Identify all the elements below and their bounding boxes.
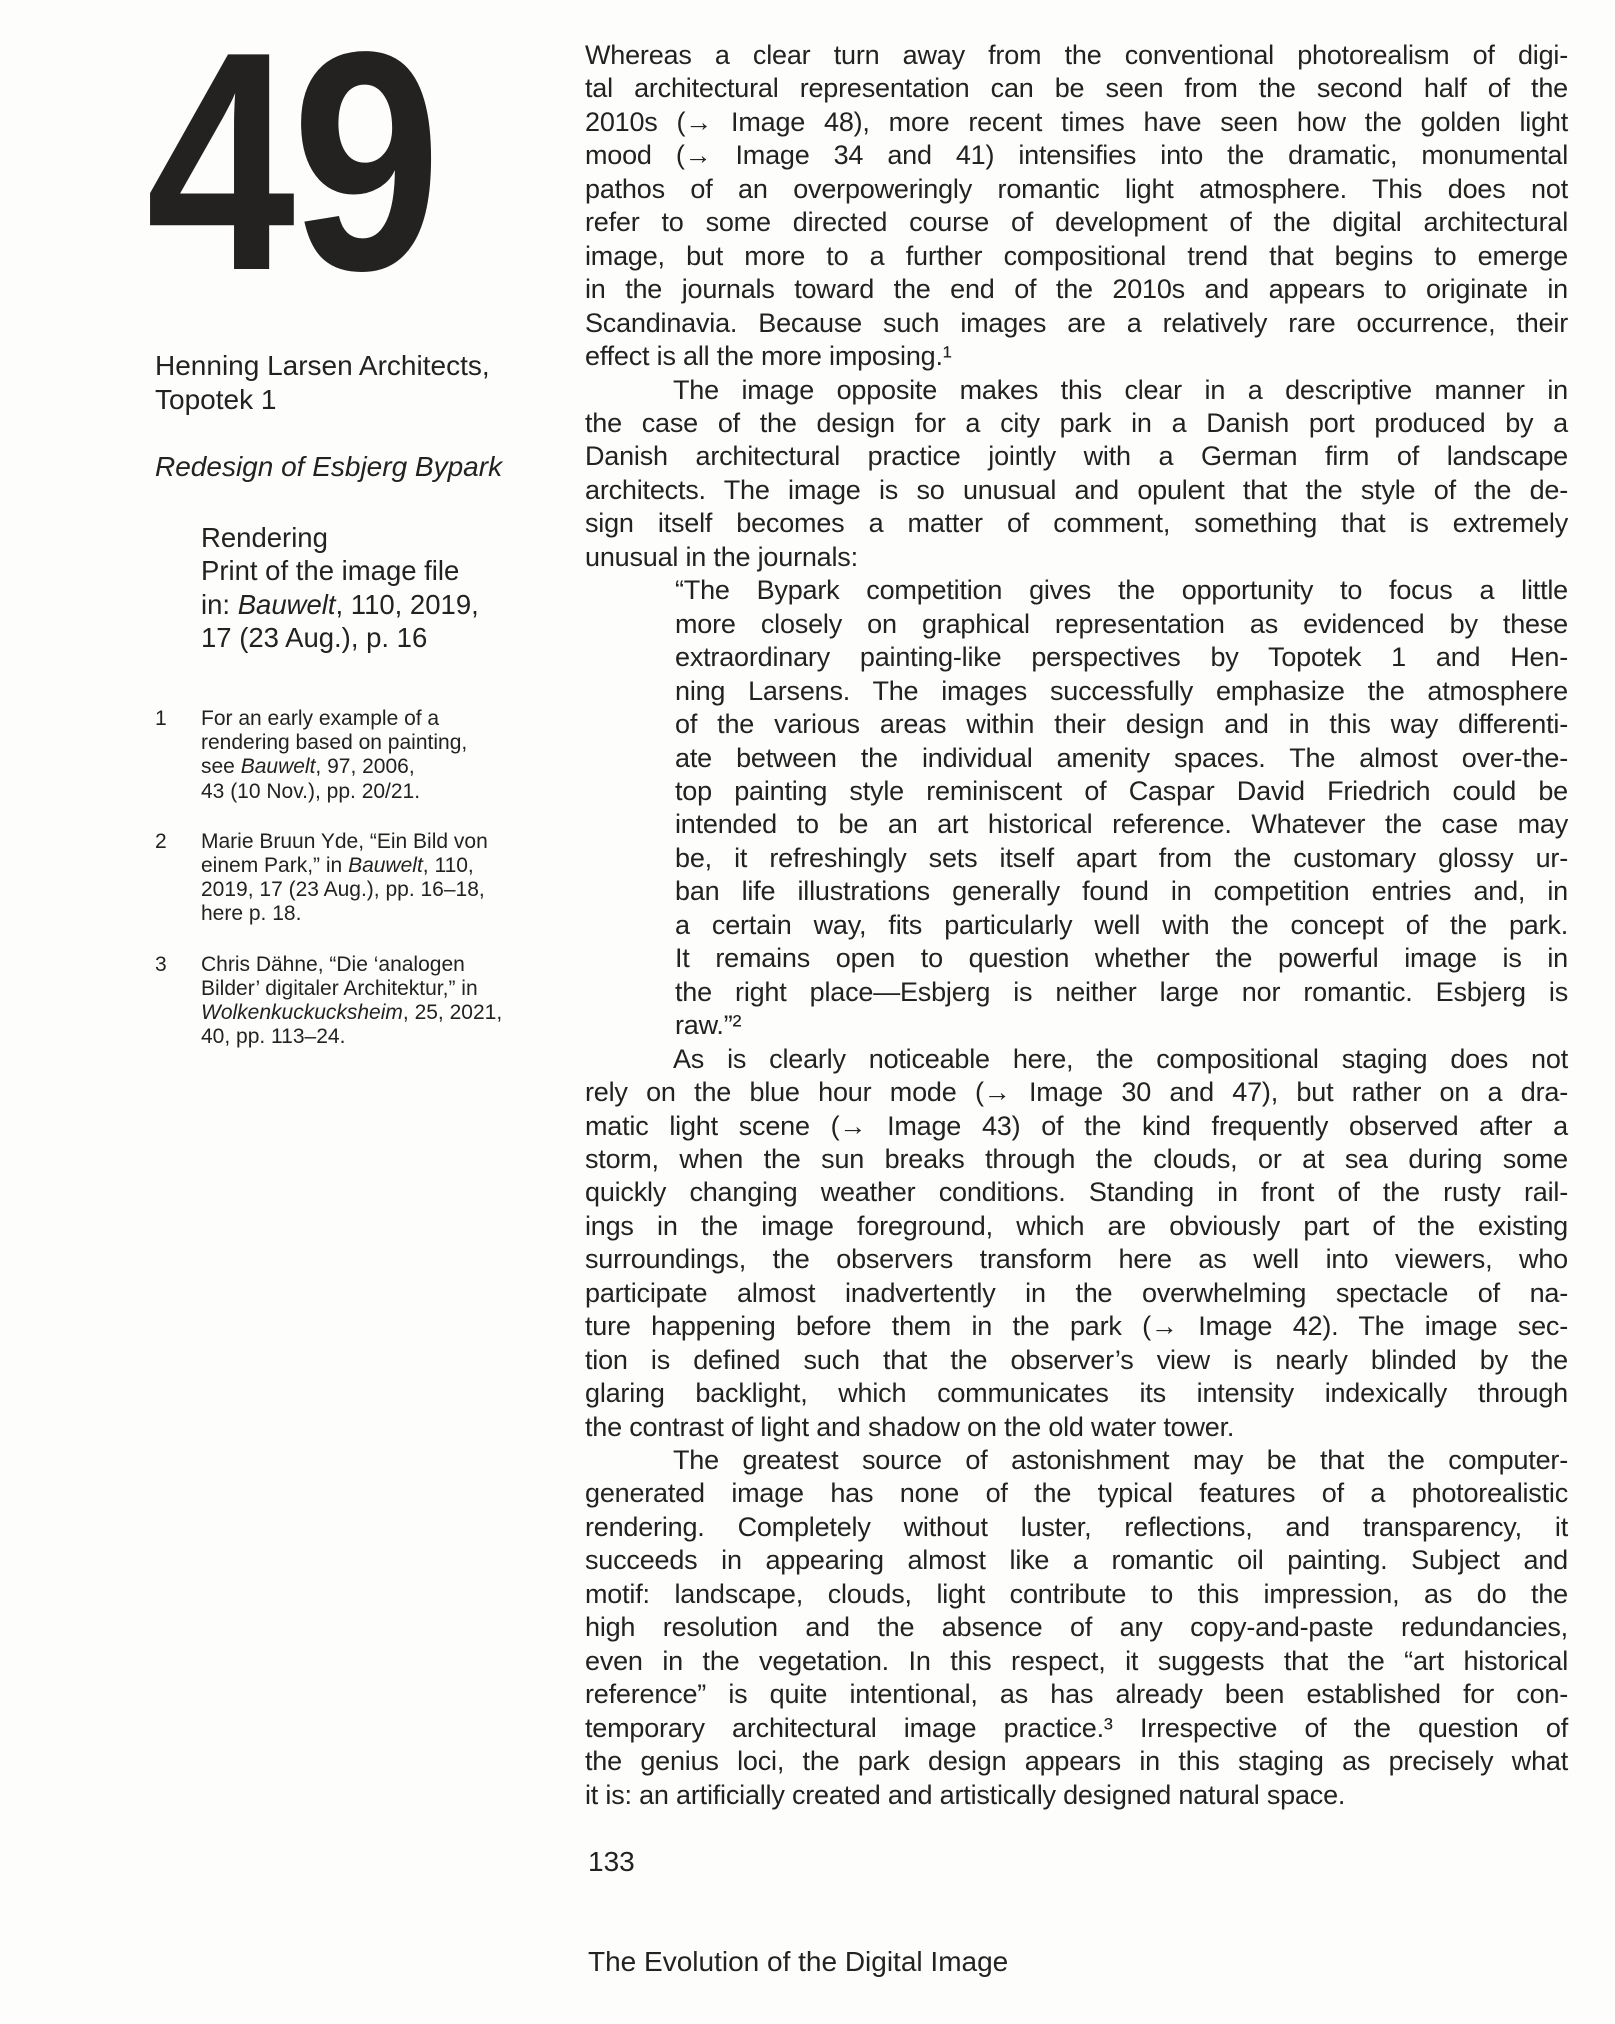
block-quote: “The Bypark competition gives the opport… xyxy=(585,574,1568,1042)
text-line: As is clearly noticeable here, the compo… xyxy=(585,1043,1568,1076)
text-segment: einem Park,” in xyxy=(201,854,348,877)
italic-text: Bauwelt xyxy=(241,755,316,778)
text-segment: Chris Dähne, “Die ‘analogen xyxy=(201,953,465,976)
text-line: sign itself becomes a matter of comment,… xyxy=(585,507,1568,540)
text-line: participate almost inadvertently in the … xyxy=(585,1277,1568,1310)
text-line: Rendering xyxy=(201,521,479,554)
book-page: 49 Henning Larsen Architects,Topotek 1 R… xyxy=(0,0,1615,2024)
italic-text: Bauwelt xyxy=(348,854,423,877)
italic-text: Wolkenkuckucksheim xyxy=(201,1001,403,1024)
text-line: succeeds in appearing almost like a roma… xyxy=(585,1544,1568,1577)
text-segment: Rendering xyxy=(201,522,328,553)
text-line: refer to some directed course of develop… xyxy=(585,206,1568,239)
text-segment: 43 (10 Nov.), pp. 20/21. xyxy=(201,780,420,803)
text-line: Wolkenkuckucksheim, 25, 2021, xyxy=(201,1001,502,1025)
text-line: effect is all the more imposing.¹ xyxy=(585,340,1568,373)
text-segment: see xyxy=(201,755,241,778)
footnotes: 1For an early example of arendering base… xyxy=(155,707,502,1075)
text-line: Print of the image file xyxy=(201,554,479,587)
text-line: It remains open to question whether the … xyxy=(675,942,1568,975)
text-line: rendering based on painting, xyxy=(201,731,502,755)
text-segment: , 110, 2019, xyxy=(336,589,479,620)
text-line: unusual in the journals: xyxy=(585,541,1568,574)
text-segment: in: xyxy=(201,589,238,620)
text-line: ban life illustrations generally found i… xyxy=(675,875,1568,908)
text-line: Danish architectural practice jointly wi… xyxy=(585,440,1568,473)
footnote-text: For an early example of arendering based… xyxy=(201,707,502,804)
text-line: Marie Bruun Yde, “Ein Bild von xyxy=(201,830,502,854)
text-line: 40, pp. 113–24. xyxy=(201,1025,502,1049)
footnote-text: Marie Bruun Yde, “Ein Bild voneinem Park… xyxy=(201,830,502,927)
text-line: generated image has none of the typical … xyxy=(585,1477,1568,1510)
text-line: tal architectural representation can be … xyxy=(585,72,1568,105)
figure-caption: RenderingPrint of the image filein: Bauw… xyxy=(201,521,479,655)
text-line: extraordinary painting-like perspectives… xyxy=(675,641,1568,674)
text-line: architects. The image is so unusual and … xyxy=(585,474,1568,507)
page-number: 133 xyxy=(588,1846,635,1878)
text-line: Topotek 1 xyxy=(155,383,490,417)
text-line: storm, when the sun breaks through the c… xyxy=(585,1143,1568,1176)
text-line: quickly changing weather conditions. Sta… xyxy=(585,1176,1568,1209)
text-line: more closely on graphical representation… xyxy=(675,608,1568,641)
text-line: reference” is quite intentional, as has … xyxy=(585,1678,1568,1711)
figure-authors: Henning Larsen Architects,Topotek 1 xyxy=(155,349,490,417)
text-line: intended to be an art historical referen… xyxy=(675,808,1568,841)
text-line: 2010s (→ Image 48), more recent times ha… xyxy=(585,106,1568,139)
footnote-number: 1 xyxy=(155,707,167,731)
text-line: it is: an artificially created and artis… xyxy=(585,1779,1568,1812)
footnote-number: 3 xyxy=(155,953,167,977)
text-segment: , 110, xyxy=(423,854,474,877)
text-line: see Bauwelt, 97, 2006, xyxy=(201,755,502,779)
work-title: Redesign of Esbjerg Bypark xyxy=(155,451,502,483)
text-line: here p. 18. xyxy=(201,902,502,926)
text-line: the right place—Esbjerg is neither large… xyxy=(675,976,1568,1009)
text-segment: Bilder’ digitaler Architektur,” in xyxy=(201,977,478,1000)
text-line: the case of the design for a city park i… xyxy=(585,407,1568,440)
text-segment: rendering based on painting, xyxy=(201,731,467,754)
figure-number: 49 xyxy=(146,6,438,318)
text-segment: , 97, 2006, xyxy=(315,755,414,778)
text-line: rely on the blue hour mode (→ Image 30 a… xyxy=(585,1076,1568,1109)
italic-text: Bauwelt xyxy=(238,589,336,620)
text-line: ate between the individual amenity space… xyxy=(675,742,1568,775)
text-line: The greatest source of astonishment may … xyxy=(585,1444,1568,1477)
body-paragraph: As is clearly noticeable here, the compo… xyxy=(585,1043,1568,1444)
text-segment: Marie Bruun Yde, “Ein Bild von xyxy=(201,830,488,853)
text-line: surroundings, the observers transform he… xyxy=(585,1243,1568,1276)
text-line: Henning Larsen Architects, xyxy=(155,349,490,383)
text-line: glaring backlight, which communicates it… xyxy=(585,1377,1568,1410)
text-line: motif: landscape, clouds, light contribu… xyxy=(585,1578,1568,1611)
footnote-number: 2 xyxy=(155,830,167,854)
text-line: temporary architectural image practice.³… xyxy=(585,1712,1568,1745)
text-line: ture happening before them in the park (… xyxy=(585,1310,1568,1343)
text-segment: , 25, 2021, xyxy=(403,1001,502,1024)
footnote: 2Marie Bruun Yde, “Ein Bild voneinem Par… xyxy=(155,830,502,927)
text-line: top painting style reminiscent of Caspar… xyxy=(675,775,1568,808)
text-line: of the various areas within their design… xyxy=(675,708,1568,741)
text-line: ings in the image foreground, which are … xyxy=(585,1210,1568,1243)
text-line: Chris Dähne, “Die ‘analogen xyxy=(201,953,502,977)
body-paragraph: The image opposite makes this clear in a… xyxy=(585,374,1568,575)
text-line: tion is defined such that the observer’s… xyxy=(585,1344,1568,1377)
text-line: 43 (10 Nov.), pp. 20/21. xyxy=(201,780,502,804)
text-line: the contrast of light and shadow on the … xyxy=(585,1411,1568,1444)
text-line: ning Larsens. The images successfully em… xyxy=(675,675,1568,708)
text-line: Scandinavia. Because such images are a r… xyxy=(585,307,1568,340)
footnote-text: Chris Dähne, “Die ‘analogenBilder’ digit… xyxy=(201,953,502,1050)
text-line: rendering. Completely without luster, re… xyxy=(585,1511,1568,1544)
text-line: raw.”² xyxy=(675,1009,1568,1042)
text-line: a certain way, fits particularly well wi… xyxy=(675,909,1568,942)
footnote: 3Chris Dähne, “Die ‘analogenBilder’ digi… xyxy=(155,953,502,1050)
main-text-column: Whereas a clear turn away from the conve… xyxy=(585,39,1568,1812)
text-line: Bilder’ digitaler Architektur,” in xyxy=(201,977,502,1001)
text-segment: 40, pp. 113–24. xyxy=(201,1025,345,1048)
body-paragraph: Whereas a clear turn away from the conve… xyxy=(585,39,1568,374)
text-line: the genius loci, the park design appears… xyxy=(585,1745,1568,1778)
text-line: matic light scene (→ Image 43) of the ki… xyxy=(585,1110,1568,1143)
footnote: 1For an early example of arendering base… xyxy=(155,707,502,804)
text-line: 17 (23 Aug.), p. 16 xyxy=(201,621,479,654)
text-line: For an early example of a xyxy=(201,707,502,731)
text-line: “The Bypark competition gives the opport… xyxy=(675,574,1568,607)
text-line: even in the vegetation. In this respect,… xyxy=(585,1645,1568,1678)
text-line: Whereas a clear turn away from the conve… xyxy=(585,39,1568,72)
text-line: The image opposite makes this clear in a… xyxy=(585,374,1568,407)
text-segment: 17 (23 Aug.), p. 16 xyxy=(201,622,427,653)
text-line: 2019, 17 (23 Aug.), pp. 16–18, xyxy=(201,878,502,902)
text-line: image, but more to a further composition… xyxy=(585,240,1568,273)
text-line: in: Bauwelt, 110, 2019, xyxy=(201,588,479,621)
text-line: pathos of an overpoweringly romantic lig… xyxy=(585,173,1568,206)
text-line: be, it refreshingly sets itself apart fr… xyxy=(675,842,1568,875)
text-segment: 2019, 17 (23 Aug.), pp. 16–18, xyxy=(201,878,485,901)
text-line: in the journals toward the end of the 20… xyxy=(585,273,1568,306)
text-line: einem Park,” in Bauwelt, 110, xyxy=(201,854,502,878)
text-line: high resolution and the absence of any c… xyxy=(585,1611,1568,1644)
text-segment: Print of the image file xyxy=(201,555,459,586)
text-line: mood (→ Image 34 and 41) intensifies int… xyxy=(585,139,1568,172)
body-paragraph: The greatest source of astonishment may … xyxy=(585,1444,1568,1812)
running-title: The Evolution of the Digital Image xyxy=(588,1946,1008,1978)
text-segment: For an early example of a xyxy=(201,707,439,730)
text-segment: here p. 18. xyxy=(201,902,301,925)
